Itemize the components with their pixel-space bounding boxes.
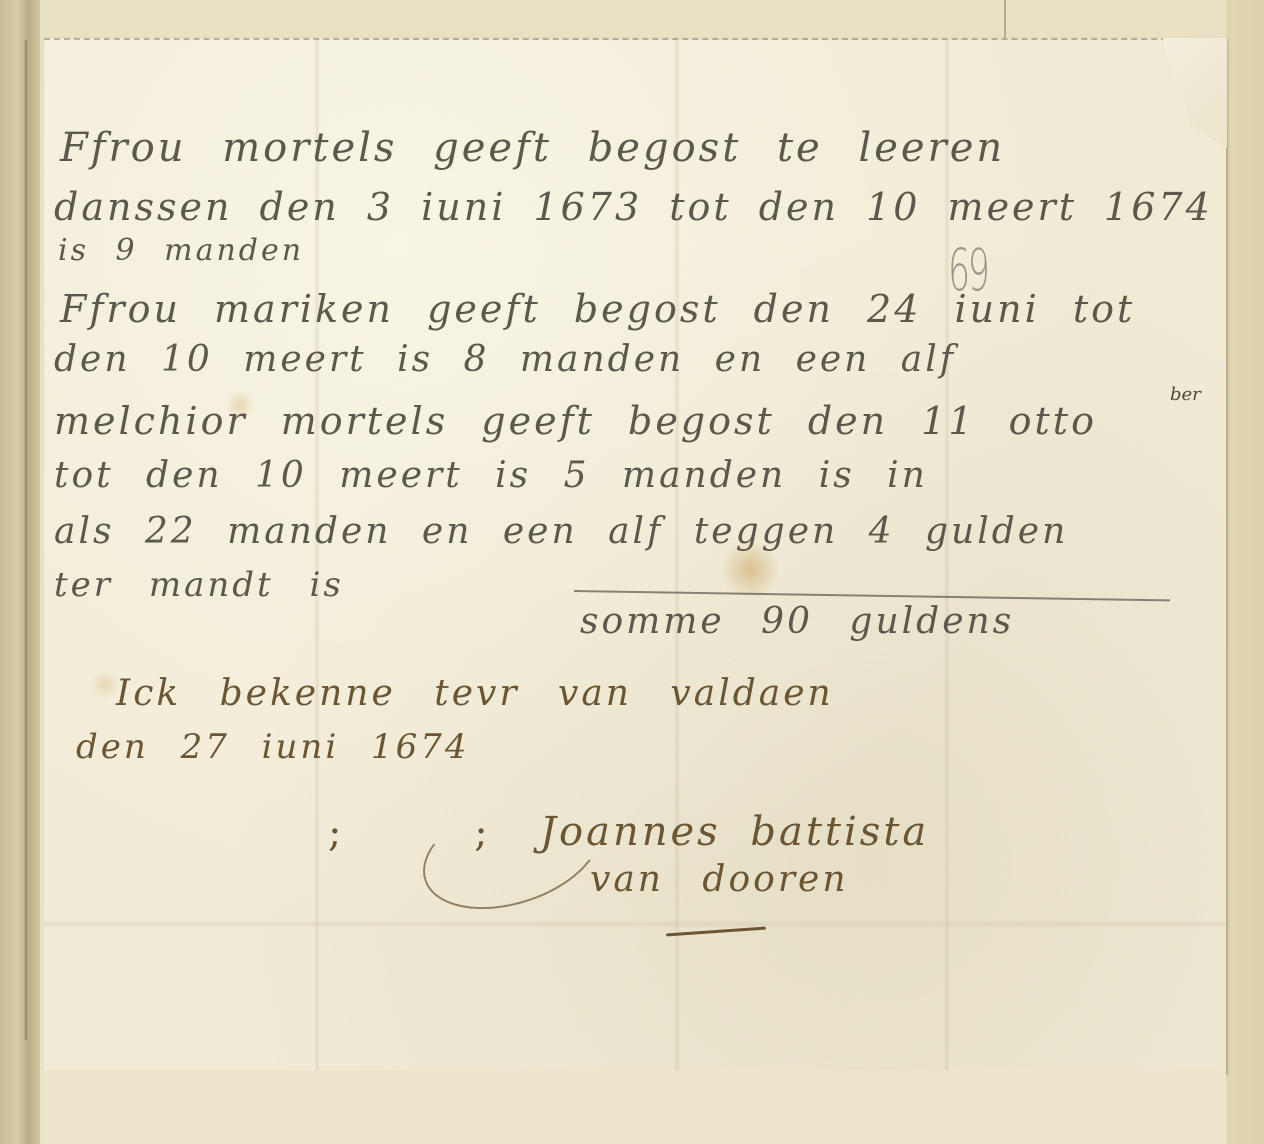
- signature-surname: van dooren: [590, 862, 849, 898]
- text-line-4: Ffrou mariken geeft begost den 24 iuni t…: [60, 290, 1135, 328]
- underlying-page: [44, 1070, 1226, 1144]
- top-sheet-edge: [1004, 0, 1006, 38]
- date-line: den 27 iuni 1674: [76, 730, 470, 764]
- text-line-6: melchior mortels geeft begost den 11 ott…: [54, 402, 1097, 440]
- acknowledgement-line: Ick bekenne tevr van valdaen: [116, 676, 834, 712]
- signature-name: Joannes battista: [540, 812, 929, 852]
- text-line-5: den 10 meert is 8 manden en een alf: [54, 342, 956, 378]
- text-line-7: tot den 10 meert is 5 manden is in: [54, 458, 928, 494]
- text-line-3: is 9 manden: [58, 236, 304, 266]
- text-line-8: als 22 manden en een alf teggen 4 gulden: [54, 514, 1068, 550]
- text-line-2: danssen den 3 iuni 1673 tot den 10 meert…: [54, 188, 1213, 226]
- superscript-abbreviation: ber: [1170, 384, 1201, 405]
- total-amount: somme 90 guldens: [580, 604, 1014, 640]
- binding-crease: [24, 40, 28, 1040]
- backing-right-edge: [1226, 0, 1264, 1144]
- text-line-1: Ffrou mortels geeft begost te leeren: [60, 128, 1005, 168]
- fold-line: [44, 920, 1226, 928]
- text-line-9: ter mandt is: [54, 568, 344, 602]
